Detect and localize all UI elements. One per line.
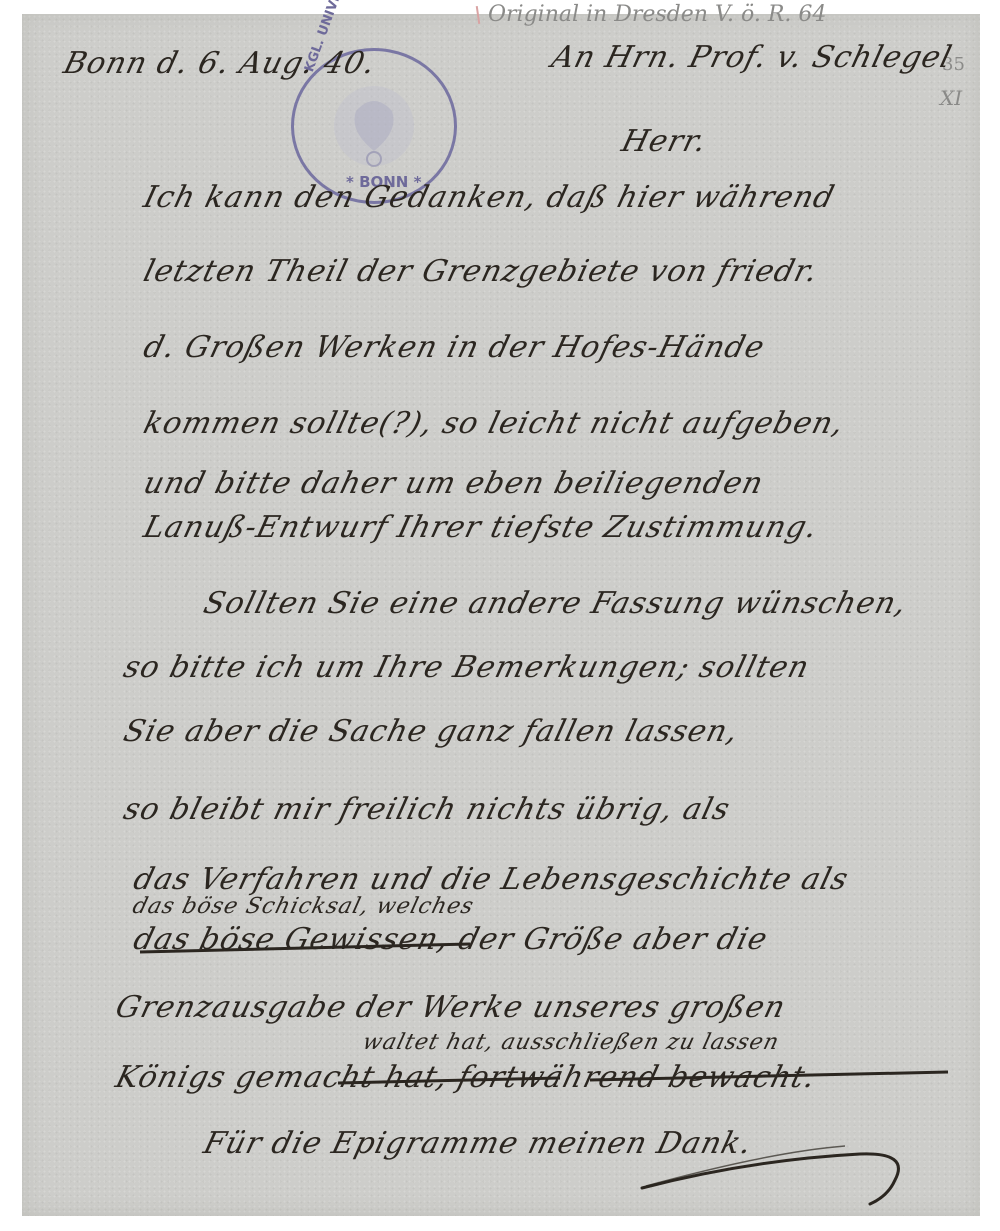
- body-line: d. Großen Werken in der Hofes-Hände: [140, 330, 769, 365]
- salutation: Herr.: [618, 124, 711, 159]
- body-line: Grenzausgabe der Werke unseres großen: [112, 990, 789, 1025]
- signature-flourish-icon: [630, 1140, 950, 1210]
- body-line: letzten Theil der Grenzgebiete von fried…: [140, 254, 822, 289]
- insertion-line: waltet hat, ausschließen zu lassen: [360, 1030, 782, 1055]
- body-line: und bitte daher um eben beiliegenden: [140, 466, 767, 501]
- place-date: Bonn d. 6. Aug. 40.: [60, 46, 379, 81]
- body-line: das Verfahren und die Lebensgeschichte a…: [130, 862, 852, 897]
- archival-mark: XI: [940, 86, 962, 110]
- archival-note: Original in Dresden V. ö. R. 64: [488, 2, 826, 27]
- addressee: An Hrn. Prof. v. Schlegel: [548, 40, 956, 75]
- body-line: Sollten Sie eine andere Fassung wünschen…: [200, 586, 911, 621]
- body-line: so bleibt mir freilich nichts übrig, als: [120, 792, 734, 827]
- body-line: Ich kann den Gedanken, daß hier während: [140, 180, 838, 215]
- body-line: Sie aber die Sache ganz fallen lassen,: [120, 714, 742, 749]
- body-line: so bitte ich um Ihre Bemerkungen; sollte…: [120, 650, 813, 685]
- body-line: Lanuß-Entwurf Ihrer tiefste Zustimmung.: [140, 510, 821, 545]
- body-line: Königs gemacht hat, fortwährend bewacht.: [112, 1060, 820, 1095]
- insertion-line: das böse Schicksal, welches: [130, 894, 477, 919]
- body-line: kommen sollte(?), so leicht nicht aufgeb…: [140, 406, 848, 441]
- body-line: das böse Gewissen, der Größe aber die: [130, 922, 771, 957]
